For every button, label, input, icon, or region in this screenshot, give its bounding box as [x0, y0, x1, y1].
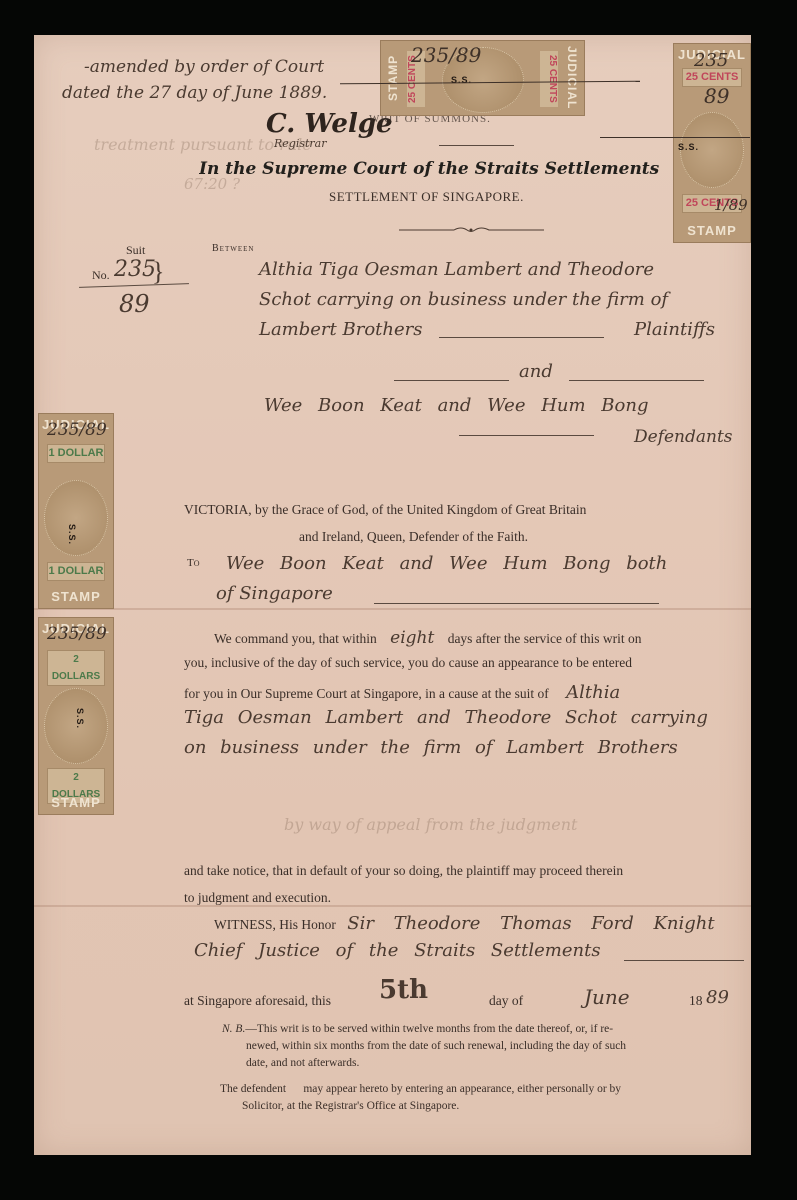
command-line3: for you in Our Supreme Court at Singapor…	[184, 682, 620, 703]
witness-label: WITNESS, His Honor	[214, 917, 336, 932]
command-suit-text: for you in Our Supreme Court at Singapor…	[184, 686, 549, 701]
command-text-part1: We command you, that within	[214, 631, 377, 646]
plaintiffs-line2: Schot carrying on business under the fir…	[259, 289, 668, 310]
suit-divider	[79, 283, 189, 288]
stamp-annotation: 235/89	[47, 420, 107, 440]
judicial-stamp-1-dollar: JUDICIAL 1 DOLLAR S.S. 1 DOLLAR STAMP 23…	[38, 413, 114, 609]
stamp-bottom-text: STAMP	[674, 222, 750, 240]
between-label: Between	[212, 243, 254, 254]
command-suit-hand3: on business under the firm of Lambert Br…	[184, 737, 678, 758]
defendants-names: Wee Boon Keat and Wee Hum Bong	[264, 395, 648, 416]
dated-year-hand: 89	[706, 987, 729, 1008]
registrar-title: Registrar	[274, 137, 327, 150]
witness-title: Chief Justice of the Straits Settlements	[194, 940, 601, 961]
witness-name: Sir Theodore Thomas Ford Knight	[347, 913, 714, 934]
court-heading: In the Supreme Court of the Straits Sett…	[199, 159, 674, 179]
stamp-value: 2 DOLLARS	[47, 650, 105, 686]
nb-line1: N. B.—This writ is to be served within t…	[222, 1023, 613, 1035]
fill-line	[624, 960, 744, 961]
and-label: and	[519, 361, 553, 382]
fill-line	[459, 435, 594, 436]
judicial-stamp-25-cents-right: JUDICIAL 25 CENTS S.S. 25 CENTS STAMP 23…	[673, 43, 751, 243]
stamp-value: 1 DOLLAR	[47, 444, 105, 463]
fill-line	[394, 380, 509, 381]
divider	[439, 145, 514, 146]
fill-line	[569, 380, 704, 381]
amendment-note-line1: -amended by order of Court	[84, 57, 324, 77]
to-label: To	[187, 557, 200, 569]
suit-number: 235	[114, 257, 156, 282]
nb-text-line1: —This writ is to be served within twelve…	[245, 1023, 613, 1035]
stamp-annotation-top: 235	[694, 50, 728, 71]
victoria-line2: and Ireland, Queen, Defender of the Fait…	[299, 529, 528, 545]
appearance-line2: Solicitor, at the Registrar's Office at …	[242, 1100, 459, 1112]
command-suit-hand1: Althia	[566, 682, 620, 703]
nb-label: N. B.	[222, 1023, 245, 1035]
addressee-line1: Wee Boon Keat and Wee Hum Bong both	[226, 553, 667, 574]
dated-year-printed: 18	[689, 993, 703, 1009]
notice-line1: and take notice, that in default of your…	[184, 863, 623, 879]
dated-day: 5th	[379, 975, 428, 1005]
plaintiffs-line1: Althia Tiga Oesman Lambert and Theodore	[259, 259, 654, 280]
suit-brace: }	[152, 257, 164, 287]
stamp-bottom-text: STAMP	[39, 588, 113, 606]
perforation-icon: S.S.	[67, 524, 77, 545]
perforation-icon: S.S.	[678, 142, 699, 152]
settlement-title: SETTLEMENT OF SINGAPORE.	[329, 189, 524, 205]
judicial-stamp-25-cents-top: STAMP JUDICIAL 25 CENTS 25 CENTS S.S. 23…	[380, 40, 585, 116]
fill-line	[439, 337, 604, 338]
ink-strike-line	[600, 137, 750, 138]
witness-line: WITNESS, His Honor Sir Theodore Thomas F…	[214, 913, 715, 934]
command-text-part2: days after the service of this writ on	[448, 631, 642, 646]
amendment-note-line2: dated the 27 day of June 1889.	[62, 83, 327, 103]
stamp-top-text: JUDICIAL	[562, 41, 582, 115]
appearance-line1: The defendent may appear hereto by enter…	[220, 1083, 621, 1095]
dated-day-of-label: day of	[489, 993, 523, 1009]
plaintiffs-line3: Lambert Brothers	[259, 319, 422, 340]
notice-line2: to judgment and execution.	[184, 890, 331, 906]
stamp-value: 1 DOLLAR	[47, 562, 105, 581]
plaintiffs-role: Plaintiffs	[634, 319, 715, 340]
nb-line2: newed, within six months from the date o…	[246, 1040, 626, 1052]
command-line1: We command you, that within eight days a…	[214, 628, 642, 648]
paper-fold	[34, 608, 751, 610]
dated-month: June	[584, 985, 630, 1009]
document-page: treatment pursuant to rule 67:20 ? by wa…	[34, 35, 751, 1155]
stamp-annotation-bottom: 1/89	[714, 196, 748, 214]
dated-prefix: at Singapore aforesaid, this	[184, 993, 331, 1009]
addressee-line2: of Singapore	[216, 583, 333, 604]
stamp-bottom-text: STAMP	[39, 794, 113, 812]
command-suit-hand2: Tiga Oesman Lambert and Theodore Schot c…	[184, 707, 708, 728]
stamp-annotation: 235/89	[411, 43, 481, 67]
suit-year: 89	[119, 290, 150, 318]
nb-line3: date, and not afterwards.	[246, 1057, 359, 1069]
stamp-bottom-text: STAMP	[383, 41, 403, 115]
ornament-divider	[399, 221, 544, 227]
days-handwritten: eight	[390, 628, 434, 648]
suit-label: Suit	[126, 243, 145, 258]
suit-no-label: No.	[92, 268, 110, 283]
victoria-line1: VICTORIA, by the Grace of God, of the Un…	[184, 502, 586, 518]
stamp-value: 25 CENTS	[540, 51, 558, 107]
paper-fold	[34, 905, 751, 907]
stamp-annotation: 235/89	[47, 624, 107, 644]
stamp-annotation-mid: 89	[704, 84, 729, 108]
fill-line	[374, 603, 659, 604]
perforation-icon: S.S.	[75, 708, 85, 729]
judicial-stamp-2-dollars: JUDICIAL 2 DOLLARS S.S. 2 DOLLARS STAMP …	[38, 617, 114, 815]
perforation-icon: S.S.	[451, 75, 472, 85]
bleed-through-text: by way of appeal from the judgment	[284, 815, 577, 834]
command-line2: you, inclusive of the day of such servic…	[184, 655, 632, 671]
defendants-role: Defendants	[634, 427, 733, 447]
